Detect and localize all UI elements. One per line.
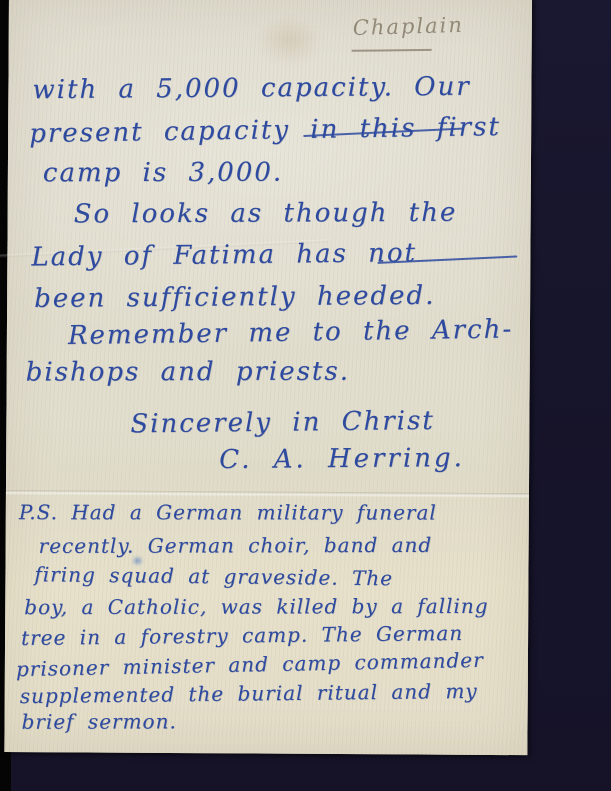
handwritten-line: Remember me to the Arch- [68,314,514,351]
handwritten-line: with a 5,000 capacity. Our [32,72,471,105]
postscript-line: recently. German choir, band and [39,533,433,558]
handwritten-line: bishops and priests. [26,357,350,388]
postscript-line: boy, a Catholic, was killed by a falling [24,594,488,619]
pencil-annotation: Chaplain [352,13,464,40]
handwritten-line: Lady of Fatima has not [31,238,417,272]
postscript-line: supplemented the burial ritual and my [20,679,478,708]
handwritten-line: been sufficiently heeded. [34,281,435,314]
postscript-line: P.S. Had a German military funeral [19,500,437,524]
handwritten-line: So looks as though the [74,198,458,230]
paper-stain [245,7,335,74]
scanned-letter-page: Chaplain with a 5,000 capacity. Our pres… [0,0,611,791]
letter-paper: Chaplain with a 5,000 capacity. Our pres… [4,0,532,755]
closing-line: Sincerely in Christ [130,406,435,439]
postscript-line: prisoner minister and camp commander [16,648,484,681]
pencil-annotation-underline [352,49,432,52]
postscript-line: firing squad at graveside. The [34,562,393,590]
postscript-line: brief sermon. [22,709,177,733]
signature-line: C. A. Herring. [219,443,465,475]
handwritten-line: camp is 3,000. [43,158,283,189]
fold-crease [6,490,529,498]
postscript-line: tree in a forestry camp. The German [21,621,463,650]
